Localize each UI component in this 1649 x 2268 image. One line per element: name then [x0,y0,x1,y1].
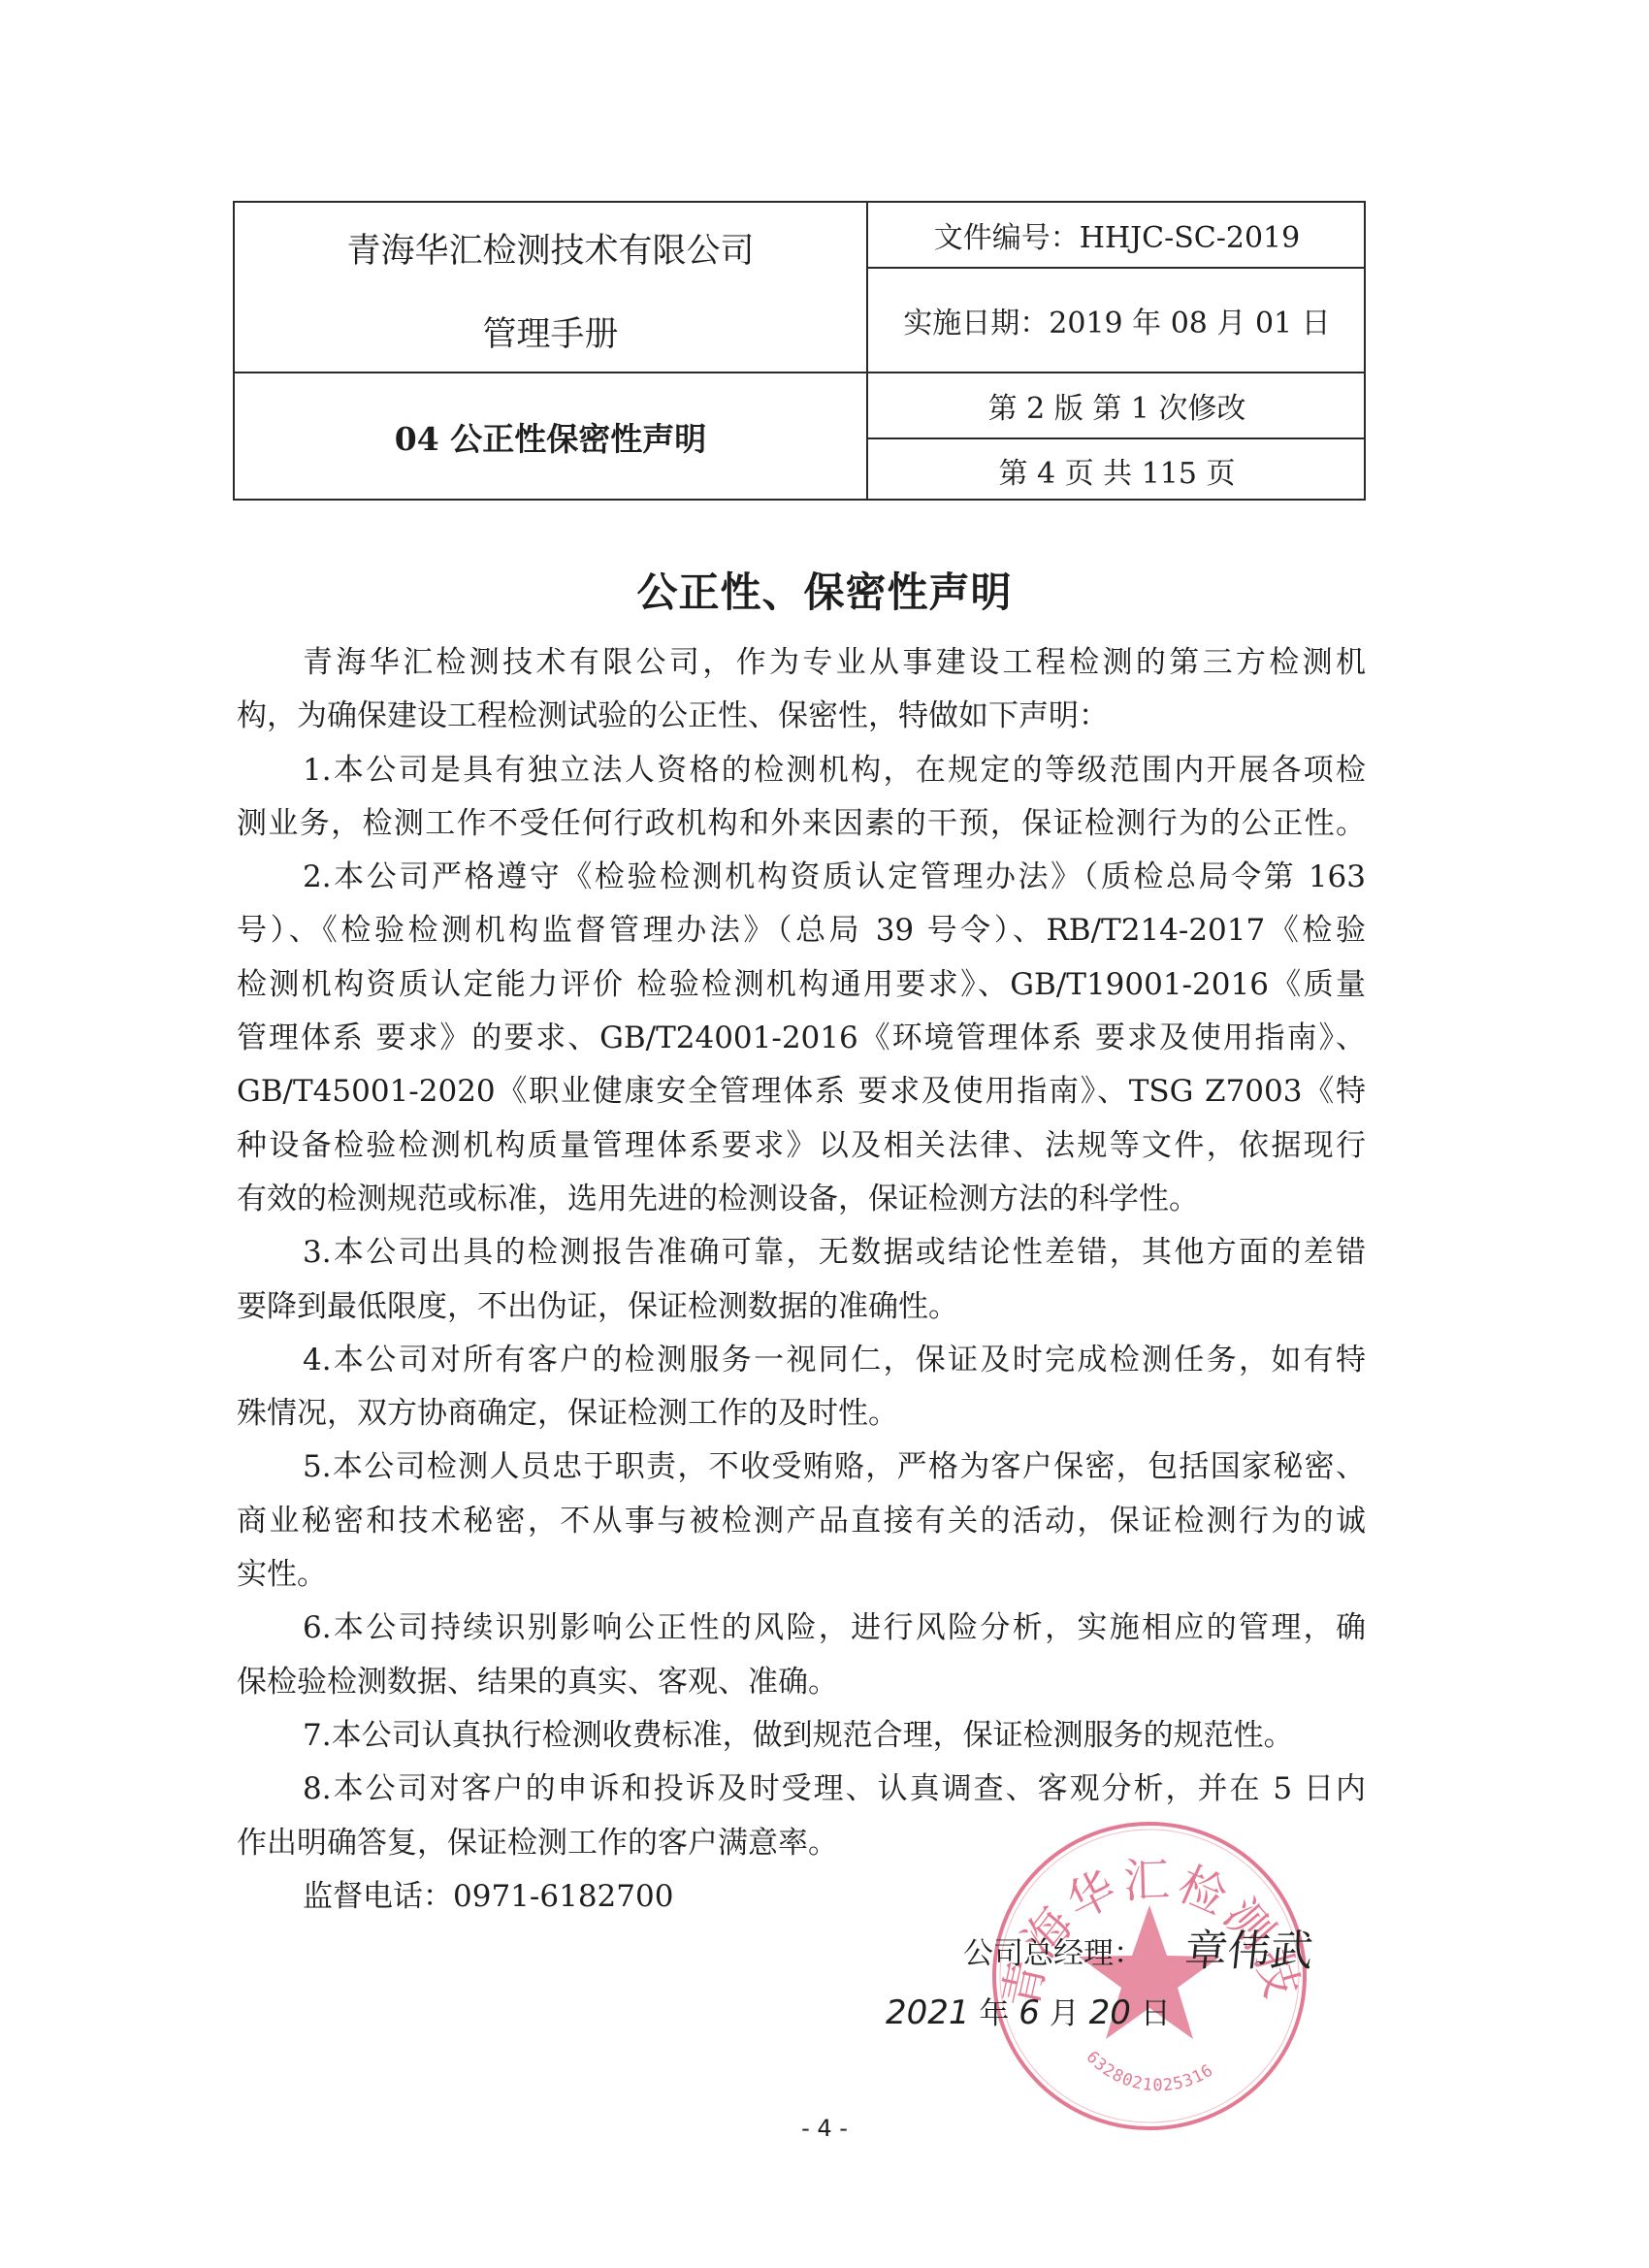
paragraph-line: 7.本公司认真执行检测收费标准，做到规范合理，保证检测服务的规范性。 [237,1709,1366,1763]
manual-title: 管理手册 [235,306,866,358]
paragraph-line: 1.本公司是具有独立法人资格的检测机构，在规定的等级范围内开展各项检 [237,744,1366,797]
statement-body: 青海华汇检测技术有限公司，作为专业从事建设工程检测的第三方检测机 构，为确保建设… [237,636,1366,1924]
paragraph-line: 4.本公司对所有客户的检测服务一视同仁，保证及时完成检测任务，如有特 [237,1334,1366,1387]
date-day: 20 [1089,1993,1131,2032]
paragraph-line: GB/T45001-2020《职业健康安全管理体系 要求及使用指南》、TSG Z… [237,1065,1366,1118]
company-name: 青海华汇检测技术有限公司 [235,222,866,275]
page-info: 第 4 页 共 115 页 [868,439,1366,501]
document-number: 文件编号：HHJC-SC-2019 [868,203,1366,267]
paragraph-line: 有效的检测规范或标准，选用先进的检测设备，保证检测方法的科学性。 [237,1173,1366,1226]
paragraph-line: 号）、《检验检测机构监督管理办法》（总局 39 号令）、RB/T214-2017… [237,904,1366,957]
svg-text:6328021025316: 6328021025316 [1083,2048,1217,2095]
paragraph-line: 实性。 [237,1548,1366,1602]
section-title: 04 公正性保密性声明 [235,373,866,501]
paragraph-line: 检测机构资质认定能力评价 检验检测机构通用要求》、GB/T19001-2016《… [237,958,1366,1012]
handwritten-signature: 章伟武 [1182,1916,1317,1978]
paragraph-line: 种设备检验检测机构质量管理体系要求》以及相关法律、法规等文件，依据现行 [237,1119,1366,1173]
paragraph-line: 要降到最低限度，不出伪证，保证检测数据的准确性。 [237,1280,1366,1334]
date-year: 2021 [886,1993,970,2032]
paragraph-line: 3.本公司出具的检测报告准确可靠，无数据或结论性差错，其他方面的差错 [237,1226,1366,1280]
paragraph-line: 测业务，检测工作不受任何行政机构和外来因素的干预，保证检测行为的公正性。 [237,797,1366,851]
paragraph-line: 殊情况，双方协商确定，保证检测工作的及时性。 [237,1387,1366,1441]
date-month-unit: 月 [1050,1996,1080,2031]
document-page: 青海华汇检测技术有限公司 管理手册 04 公正性保密性声明 文件编号：HHJC-… [0,0,1649,2268]
paragraph-line: 6.本公司持续识别影响公正性的风险，进行风险分析，实施相应的管理，确 [237,1602,1366,1655]
revision-info: 第 2 版 第 1 次修改 [868,373,1366,437]
date-month: 6 [1018,1993,1040,2032]
paragraph-line: 管理体系 要求》的要求、GB/T24001-2016《环境管理体系 要求及使用指… [237,1012,1366,1065]
paragraph-line: 8.本公司对客户的申诉和投诉及时受理、认真调查、客观分析，并在 5 日内 [237,1763,1366,1816]
page-title: 公正性、保密性声明 [0,561,1649,609]
paragraph-line: 2.本公司严格遵守《检验检测机构资质认定管理办法》（质检总局令第 163 [237,851,1366,904]
paragraph-line: 5.本公司检测人员忠于职责，不收受贿赂，严格为客户保密，包括国家秘密、 [237,1441,1366,1494]
paragraph-line: 保检验检测数据、结果的真实、客观、准确。 [237,1656,1366,1709]
paragraph-line: 作出明确答复，保证检测工作的客户满意率。 [237,1817,1366,1870]
paragraph-line: 构，为确保建设工程检测试验的公正性、保密性，特做如下声明： [237,690,1366,743]
header-table: 青海华汇检测技术有限公司 管理手册 04 公正性保密性声明 文件编号：HHJC-… [233,201,1366,501]
signature-date: 2021 年 6 月 20 日 [886,1989,1171,2032]
general-manager-label: 公司总经理： [963,1928,1144,1972]
paragraph-line: 商业秘密和技术秘密，不从事与被检测产品直接有关的活动，保证检测行为的诚 [237,1495,1366,1548]
date-day-unit: 日 [1141,1996,1171,2031]
paragraph-line: 青海华汇检测技术有限公司，作为专业从事建设工程检测的第三方检测机 [237,636,1366,690]
page-number: - 4 - [0,2115,1649,2142]
date-year-unit: 年 [979,1996,1009,2031]
effective-date: 实施日期：2019 年 08 月 01 日 [868,269,1366,372]
